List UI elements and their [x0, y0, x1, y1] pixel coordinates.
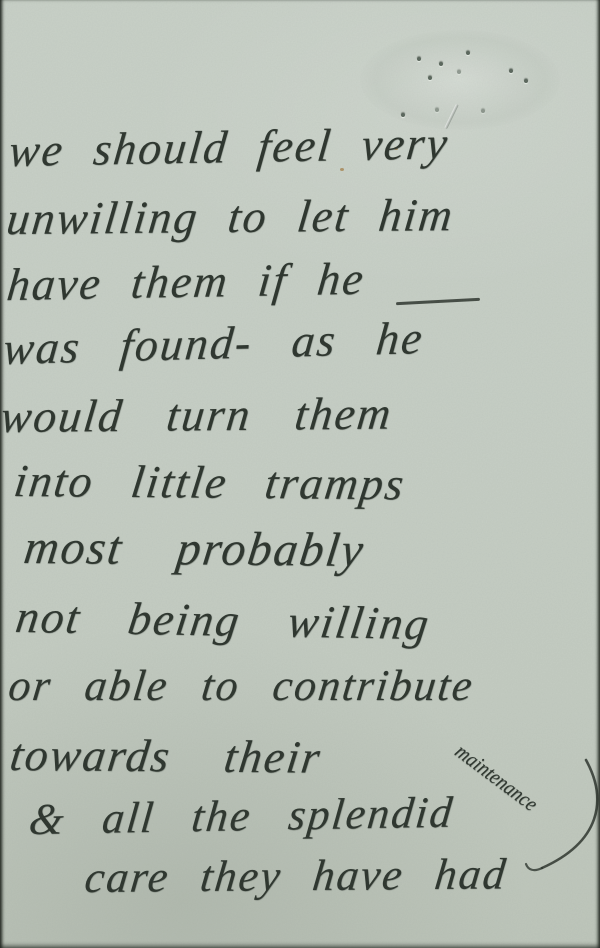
- handwriting-line-8: not being willing: [13, 590, 434, 650]
- pinhole-mark: [466, 51, 470, 55]
- handwriting-line-2: unwilling to let him: [4, 188, 457, 245]
- handwriting-text: have them if he: [5, 253, 368, 310]
- pinhole-mark: [428, 76, 432, 80]
- pinhole-mark: [401, 113, 405, 117]
- handwriting-text: was found- as he: [1, 312, 426, 374]
- pinhole-mark: [439, 62, 443, 66]
- pinhole-mark: [524, 79, 528, 83]
- handwriting-line-5: would turn them: [0, 387, 396, 443]
- handwriting-text: care they have had: [82, 849, 509, 902]
- handwriting-text: not being willing: [13, 591, 434, 649]
- paper-dent: [360, 30, 560, 130]
- handwriting-line-10: towards their maintenance: [7, 728, 325, 784]
- letter-page: we should feel very unwilling to let him…: [0, 0, 600, 948]
- handwriting-line-6: into little tramps: [11, 454, 409, 510]
- handwriting-text: we should feel very: [7, 117, 452, 176]
- handwriting-text: & all the splendid: [27, 788, 457, 845]
- handwriting-line-4: was found- as he: [1, 311, 426, 375]
- handwriting-text: most probably: [21, 521, 368, 577]
- pinhole-mark: [509, 69, 513, 73]
- pen-stroke-dash: [396, 298, 480, 305]
- margin-word-maintenance: maintenance: [450, 740, 543, 817]
- handwriting-line-7: most probably: [21, 520, 368, 578]
- handwriting-line-9: or able to contribute: [6, 660, 477, 711]
- pinhole-mark: [457, 70, 461, 74]
- handwriting-text: or able to contribute: [6, 661, 477, 710]
- handwriting-text: unwilling to let him: [4, 189, 457, 244]
- handwriting-text: into little tramps: [11, 455, 408, 509]
- handwriting-line-1: we should feel very: [6, 116, 451, 177]
- handwriting-line-12: care they have had: [82, 848, 510, 903]
- handwriting-line-11: & all the splendid: [27, 787, 457, 846]
- handwriting-text: would turn them: [0, 388, 395, 442]
- pinhole-mark: [481, 109, 485, 113]
- pinhole-mark: [435, 108, 439, 112]
- handwriting-line-3: have them if he: [4, 252, 367, 311]
- handwriting-text: towards their: [7, 729, 325, 783]
- pinhole-mark: [417, 57, 421, 61]
